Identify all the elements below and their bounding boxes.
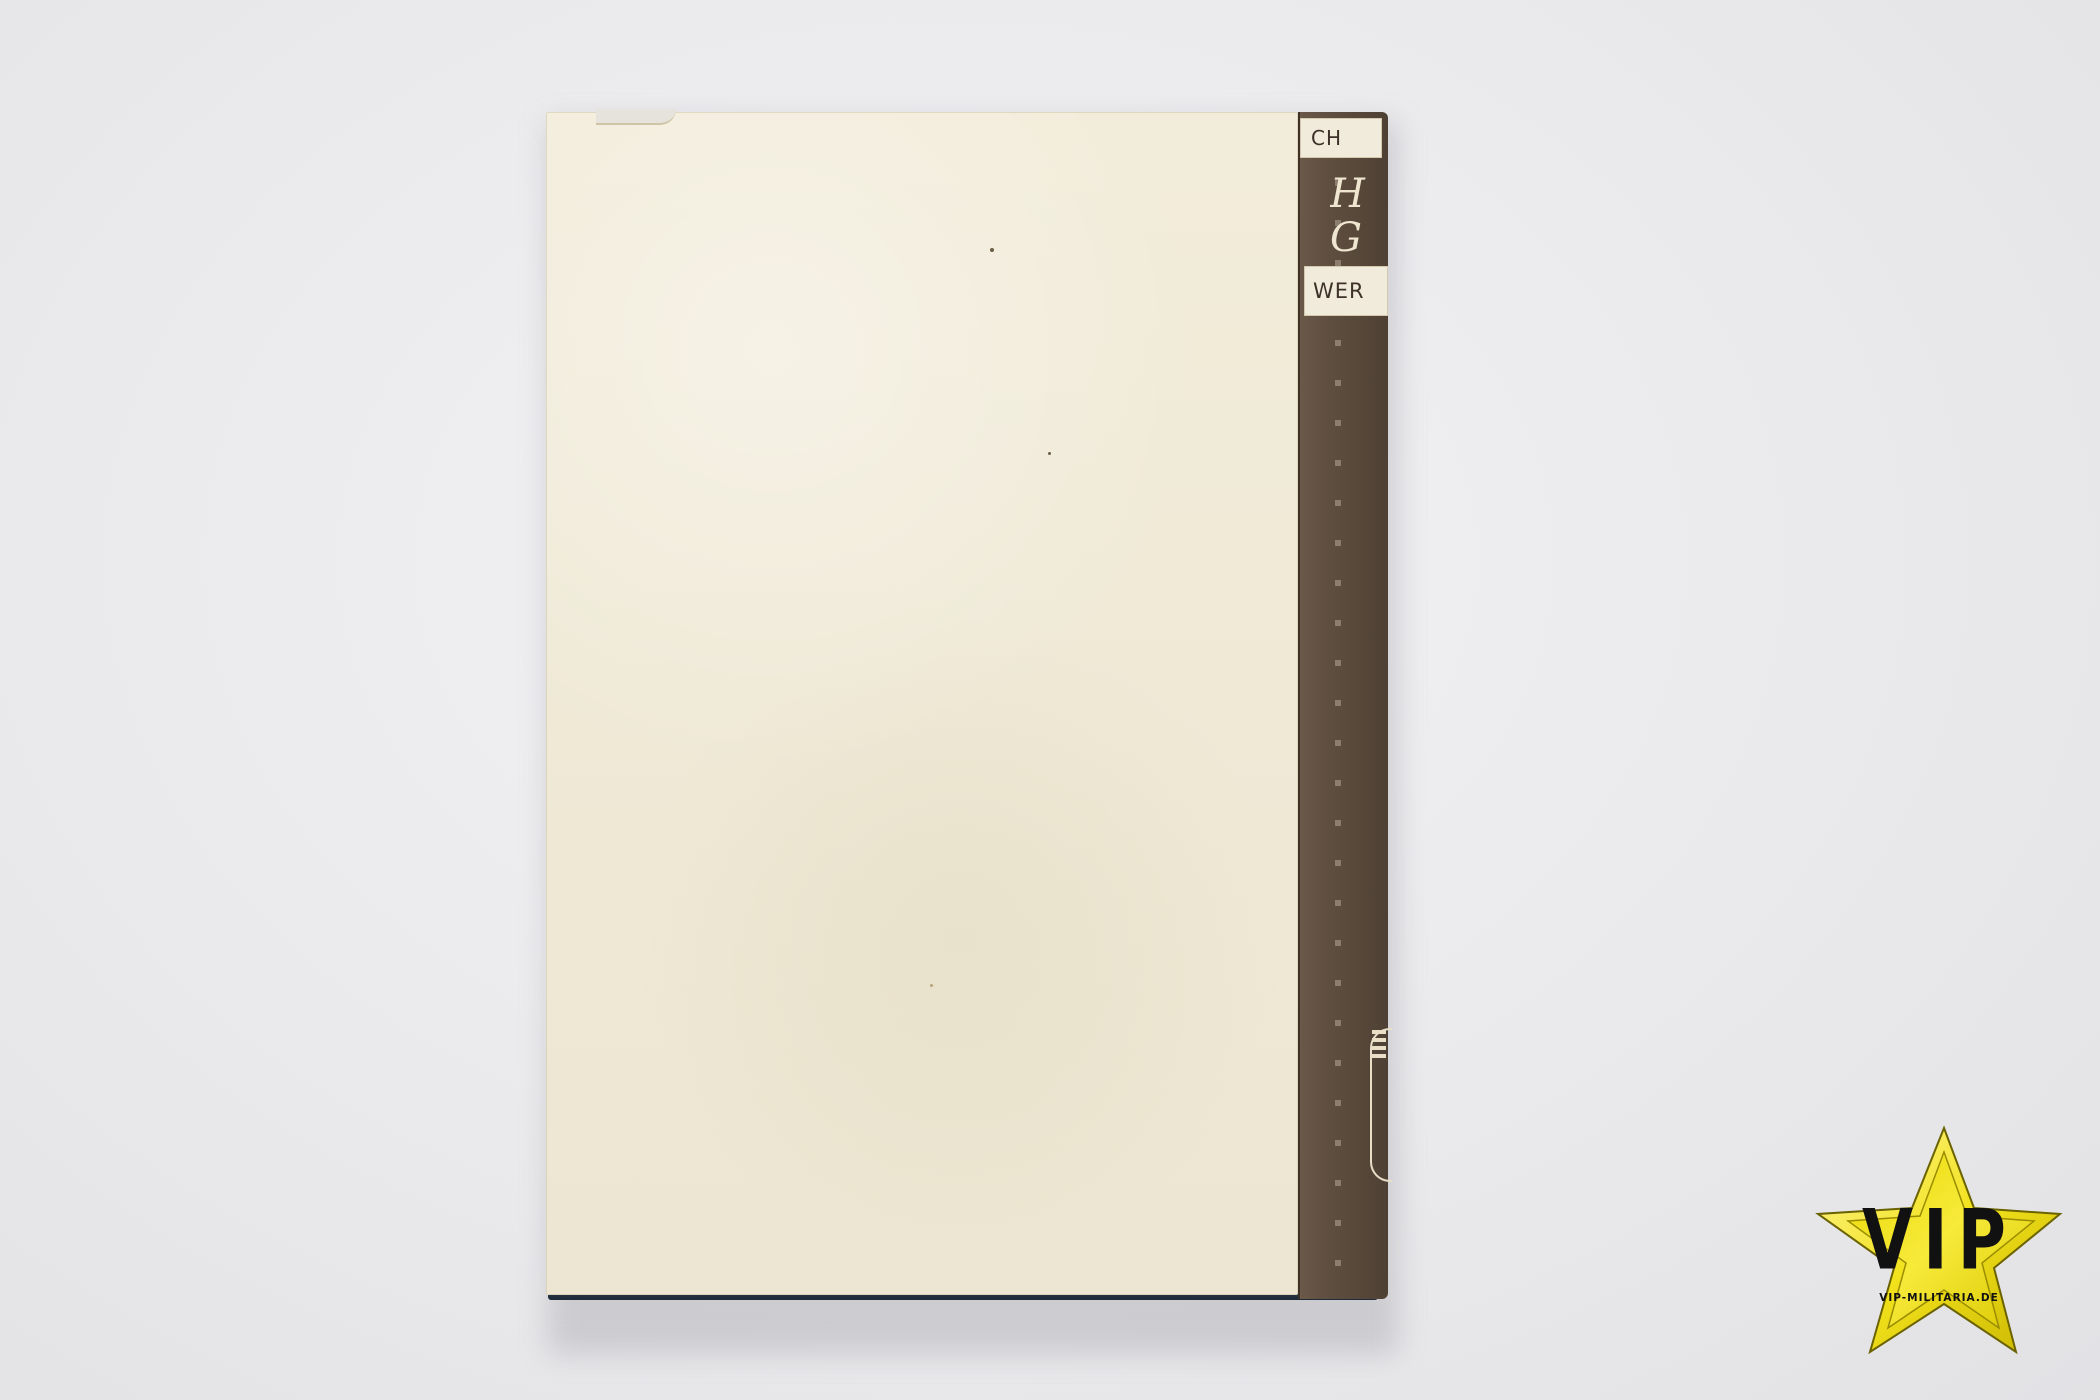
- crest-stripes-icon: [1372, 1030, 1386, 1060]
- surface-spot: [1048, 452, 1051, 455]
- watermark-url-text: VIP-MILITARIA.DE: [1812, 1292, 2066, 1304]
- book-back-cover: [546, 112, 1298, 1295]
- spine-publisher-label: WER: [1304, 266, 1388, 316]
- vip-militaria-watermark: VIP VIP-MILITARIA.DE: [1812, 1120, 2066, 1360]
- spine-author-label: CH: [1300, 118, 1382, 158]
- spine-title-text: H G: [1330, 172, 1386, 260]
- watermark-vip-text: VIP: [1812, 1192, 2066, 1288]
- surface-spot: [990, 248, 994, 252]
- torn-jacket-corner: [596, 109, 676, 125]
- spine-title: H G: [1330, 172, 1386, 260]
- surface-spot: [930, 984, 933, 987]
